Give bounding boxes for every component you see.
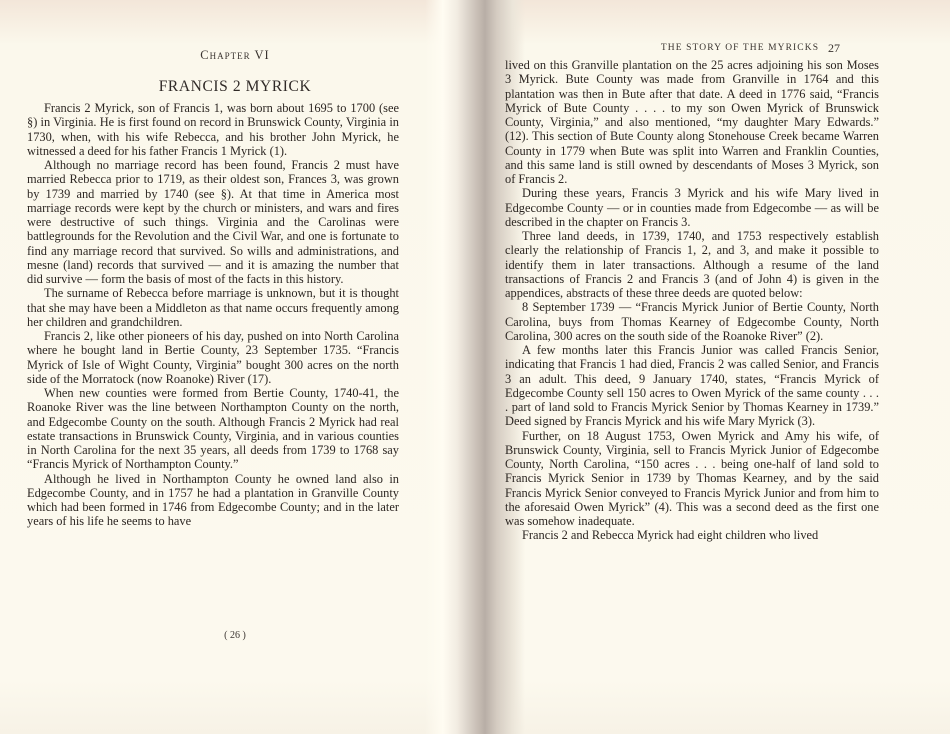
paragraph: Francis 2 and Rebecca Myrick had eight c… [505,528,879,542]
chapter-label: Chapter VI [0,48,470,63]
right-page-number: 27 [828,41,840,56]
paragraph: Francis 2 Myrick, son of Francis 1, was … [27,101,399,158]
paragraph: Three land deeds, in 1739, 1740, and 175… [505,229,879,300]
paragraph: Francis 2, like other pioneers of his da… [27,329,399,386]
paragraph: Although he lived in Northampton County … [27,472,399,529]
paragraph: A few months later this Francis Junior w… [505,343,879,429]
paragraph: Although no marriage record has been fou… [27,158,399,286]
paragraph: Further, on 18 August 1753, Owen Myrick … [505,429,879,529]
paragraph: 8 September 1739 — “Francis Myrick Junio… [505,300,879,343]
left-page-number: ( 26 ) [0,630,470,641]
running-head: The Story of the Myricks [590,43,890,53]
paragraph: During these years, Francis 3 Myrick and… [505,186,879,229]
paragraph: When new counties were formed from Berti… [27,386,399,472]
right-page-body: lived on this Granville plantation on th… [505,58,879,543]
left-page-body: Francis 2 Myrick, son of Francis 1, was … [27,101,399,529]
paragraph: lived on this Granville plantation on th… [505,58,879,186]
paragraph: The surname of Rebecca before marriage i… [27,286,399,329]
book-spread: Chapter VI FRANCIS 2 MYRICK Francis 2 My… [0,0,950,734]
chapter-title: FRANCIS 2 MYRICK [0,78,470,96]
